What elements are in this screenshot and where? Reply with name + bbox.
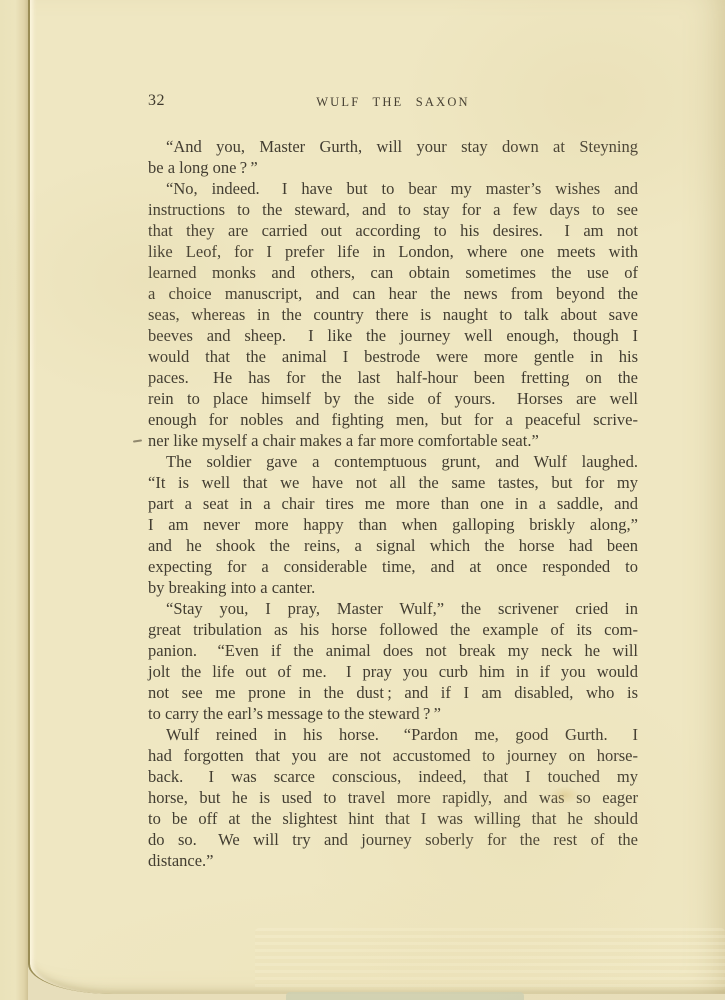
text-line: “And you, Master Gurth, will your stay d… xyxy=(148,136,638,157)
text-line: great tribulation as his horse followed … xyxy=(148,619,638,640)
text-line: by breaking into a canter. xyxy=(148,577,638,598)
text-line: instructions to the steward, and to stay… xyxy=(148,199,638,220)
text-line: not see me prone in the dust ; and if I … xyxy=(148,682,638,703)
text-line: I am never more happy than when gallopin… xyxy=(148,514,638,535)
text-line: do so. We will try and journey soberly f… xyxy=(148,829,638,850)
text-line: distance.” xyxy=(148,850,638,871)
running-head: WULF THE SAXON xyxy=(148,95,638,110)
text-line: learned monks and others, can obtain som… xyxy=(148,262,638,283)
book-scan: { "page": { "number": "32", "running_hea… xyxy=(0,0,725,1000)
text-line: “No, indeed. I have but to bear my maste… xyxy=(148,178,638,199)
text-line: ner like myself a chair makes a far more… xyxy=(148,430,638,451)
text-line: jolt the life out of me. I pray you curb… xyxy=(148,661,638,682)
text-line: seas, whereas in the country there is na… xyxy=(148,304,638,325)
text-line: panion. “Even if the animal does not bre… xyxy=(148,640,638,661)
text-line: that they are carried out according to h… xyxy=(148,220,638,241)
text-line: and he shook the reins, a signal which t… xyxy=(148,535,638,556)
text-line: to be off at the slightest hint that I w… xyxy=(148,808,638,829)
text-line: “It is well that we have not all the sam… xyxy=(148,472,638,493)
text-line: to carry the earl’s message to the stewa… xyxy=(148,703,638,724)
text-line: rein to place himself by the side of you… xyxy=(148,388,638,409)
text-line: a choice manuscript, and can hear the ne… xyxy=(148,283,638,304)
text-line: The soldier gave a contemptuous grunt, a… xyxy=(148,451,638,472)
page-bottom-edge xyxy=(286,992,524,1000)
text-line: Wulf reined in his horse. “Pardon me, go… xyxy=(148,724,638,745)
text-line: “Stay you, I pray, Master Wulf,” the scr… xyxy=(148,598,638,619)
scan-streaks xyxy=(255,928,725,990)
text-line: enough for nobles and fighting men, but … xyxy=(148,409,638,430)
text-block: “And you, Master Gurth, will your stay d… xyxy=(148,136,638,871)
text-line: be a long one ? ” xyxy=(148,157,638,178)
page-header: 32 WULF THE SAXON xyxy=(148,92,638,114)
previous-page-edge xyxy=(0,0,28,1000)
text-line: part a seat in a chair tires me more tha… xyxy=(148,493,638,514)
text-line: like Leof, for I prefer life in London, … xyxy=(148,241,638,262)
text-line: back. I was scarce conscious, indeed, th… xyxy=(148,766,638,787)
text-line: had forgotten that you are not accustome… xyxy=(148,745,638,766)
text-line: would that the animal I bestrode were mo… xyxy=(148,346,638,367)
text-line: paces. He has for the last half-hour bee… xyxy=(148,367,638,388)
text-line: expecting for a considerable time, and a… xyxy=(148,556,638,577)
text-line: beeves and sheep. I like the journey wel… xyxy=(148,325,638,346)
paper-stain xyxy=(550,786,580,804)
